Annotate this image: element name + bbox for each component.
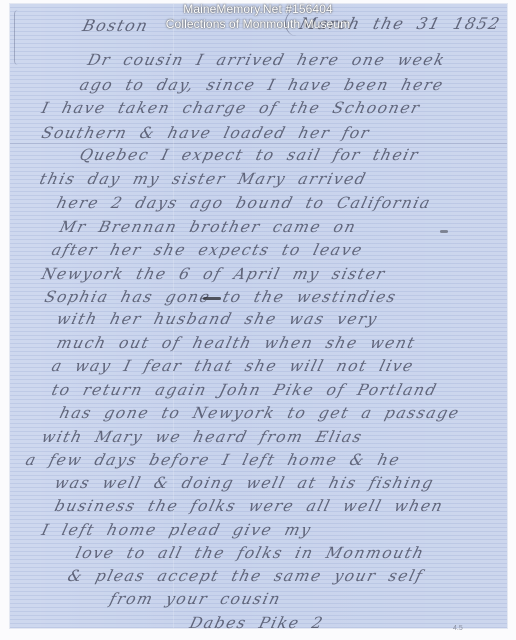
- watermark-collection: Collections of Monmouth Museum: [0, 17, 516, 32]
- letter-line: a way I fear that she will not live: [50, 357, 416, 375]
- letter-handwriting: Boston March the 31 1852 Dr cousin I arr…: [0, 0, 516, 640]
- letter-line: after her she expects to leave: [50, 241, 365, 259]
- letter-line: was well & doing well at his fishing: [53, 474, 437, 492]
- letter-line: to return again John Pike of Portland: [50, 381, 440, 399]
- letter-line: has gone to Newyork to get a passage: [58, 404, 462, 422]
- letter-line: Newyork the 6 of April my sister: [40, 265, 388, 283]
- letter-line: Southern & have loaded her for: [40, 124, 372, 142]
- letter-line: I have taken charge of the Schooner: [40, 99, 423, 117]
- letter-line: here 2 days ago bound to California: [55, 194, 433, 212]
- letter-line: Dr cousin I arrived here one week: [86, 51, 448, 69]
- letter-line: & pleas accept the same your self: [66, 567, 426, 585]
- letter-line: business the folks were all well when: [53, 497, 446, 515]
- ink-smudge: [203, 297, 221, 300]
- watermark-id: MaineMemory.Net #156404: [0, 2, 516, 17]
- letter-signature: Dabes Pike 2: [188, 614, 326, 632]
- letter-line: a few days before I left home & he: [24, 451, 403, 469]
- letter-line: love to all the folks in Monmouth: [74, 544, 427, 562]
- letter-line: much out of health when she went: [55, 334, 418, 352]
- letter-closing: from your cousin: [108, 590, 283, 608]
- letter-line: this day my sister Mary arrived: [38, 170, 369, 188]
- letter-line: with Mary we heard from Elias: [40, 428, 365, 446]
- letter-line: I left home plead give my: [40, 521, 314, 539]
- ink-smudge: [440, 230, 448, 233]
- archive-mark: 4.5: [453, 625, 463, 632]
- letter-line: Quebec I expect to sail for their: [78, 146, 421, 164]
- watermark-caption: MaineMemory.Net #156404 Collections of M…: [0, 2, 516, 32]
- letter-line: ago to day, since I have been here: [78, 76, 446, 94]
- letter-line: with her husband she was very: [55, 310, 380, 328]
- letter-line: Mr Brennan brother came on: [58, 218, 359, 236]
